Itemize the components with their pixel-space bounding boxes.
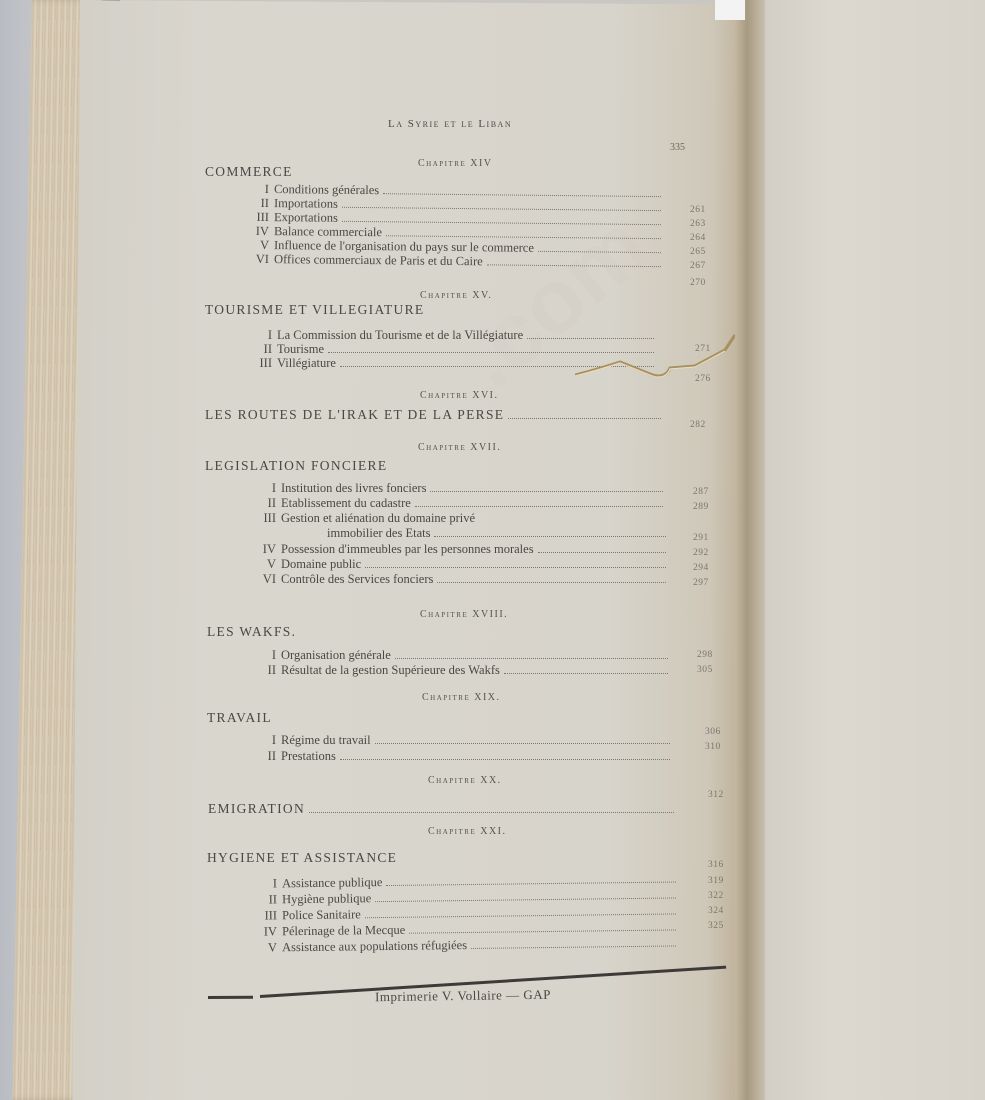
- entry-page: 263: [690, 219, 706, 229]
- entry-text: Possession d'immeubles par les personnes…: [281, 542, 534, 556]
- dot-leader: [365, 912, 676, 918]
- toc-entry: VI Contrôle des Services fonciers: [250, 572, 670, 586]
- entry-text: Villégiature: [277, 356, 336, 370]
- chapter-title: LEGISLATION FONCIERE: [205, 458, 387, 474]
- chapter-title: TRAVAIL: [207, 710, 272, 726]
- entry-number: VI: [250, 572, 276, 586]
- footer-rule-left: [208, 996, 253, 999]
- entry-page: 287: [693, 487, 709, 497]
- toc-entry: I Organisation générale: [262, 648, 672, 662]
- entry-text: Domaine public: [281, 557, 361, 571]
- entry-text: immobilier des Etats: [327, 526, 430, 540]
- entry-page: 282: [690, 420, 706, 430]
- entry-text: Conditions générales: [274, 182, 379, 197]
- toc-entry: II Etablissement du cadastre: [257, 496, 667, 510]
- entry-text: Offices commerciaux de Paris et du Caire: [274, 252, 483, 268]
- entry-number: IV: [245, 224, 269, 238]
- entry-page: 292: [693, 548, 709, 558]
- toc-entry: II Résultat de la gestion Supérieure des…: [257, 663, 672, 677]
- dot-leader: [386, 234, 661, 239]
- dot-leader: [471, 944, 676, 949]
- dot-leader: [375, 742, 670, 744]
- dot-leader: [434, 535, 666, 537]
- chapter-label: Chapitre XIV: [418, 158, 493, 169]
- chapter-title: COMMERCE: [205, 164, 293, 180]
- paper-tear-mark: [575, 330, 735, 390]
- dot-leader: [340, 758, 670, 760]
- entry-text: Organisation générale: [281, 648, 391, 662]
- dot-leader: [430, 490, 663, 492]
- dot-leader: [504, 672, 668, 674]
- entry-text: Assistance aux populations réfugiées: [282, 938, 467, 954]
- entry-page: 325: [708, 921, 724, 931]
- toc-entry: LES ROUTES DE L'IRAK ET DE LA PERSE: [205, 408, 665, 422]
- entry-number: III: [253, 908, 277, 922]
- dot-leader: [365, 566, 666, 568]
- toc-entry: V Assistance aux populations réfugiées: [258, 935, 680, 954]
- chapter-title: LES WAKFS.: [207, 624, 296, 640]
- entry-page: 265: [690, 247, 706, 257]
- entry-page: 264: [690, 233, 706, 243]
- entry-text: Exportations: [274, 210, 338, 225]
- dot-leader: [395, 657, 668, 659]
- entry-page: 289: [693, 502, 709, 512]
- chapter-title: TOURISME ET VILLEGIATURE: [205, 302, 424, 318]
- chapter-label: Chapitre XXI.: [428, 826, 507, 837]
- entry-page: 298: [697, 650, 713, 660]
- toc-entry: VI Offices commerciaux de Paris et du Ca…: [245, 252, 665, 270]
- chapter-title: LES ROUTES DE L'IRAK ET DE LA PERSE: [205, 408, 504, 422]
- page-number: 335: [670, 142, 685, 153]
- entry-text: Résultat de la gestion Supérieure des Wa…: [281, 663, 500, 677]
- toc-entry: EMIGRATION: [208, 802, 678, 816]
- entry-number: II: [257, 496, 276, 510]
- entry-number: I: [263, 876, 277, 890]
- entry-page: 297: [693, 578, 709, 588]
- entry-number: IV: [250, 542, 276, 556]
- entry-text: Assistance publique: [282, 875, 383, 890]
- chapter-title: EMIGRATION: [208, 802, 305, 816]
- running-head: La Syrie et le Liban: [388, 118, 512, 130]
- chapter-label: Chapitre XVI.: [420, 390, 499, 401]
- entry-number: V: [258, 940, 277, 954]
- entry-number: I: [262, 481, 276, 495]
- entry-number: I: [258, 328, 272, 342]
- entry-number: II: [258, 892, 277, 906]
- dot-leader: [437, 581, 666, 583]
- entry-number: III: [245, 210, 269, 224]
- entry-number: I: [262, 733, 276, 747]
- dot-leader: [487, 263, 661, 267]
- dot-leader: [375, 896, 676, 902]
- entry-text: La Commission du Tourisme et de la Villé…: [277, 328, 523, 342]
- toc-entry: I Institution des livres fonciers: [262, 481, 667, 495]
- printer-imprint: Imprimerie V. Vollaire — GAP: [375, 987, 551, 1005]
- toc-entry: II Prestations: [257, 749, 674, 763]
- entry-text: Gestion et aliénation du domaine privé: [281, 511, 475, 525]
- chapter-label: Chapitre XV.: [420, 290, 492, 301]
- entry-text: Tourisme: [277, 342, 324, 356]
- dot-leader: [415, 505, 663, 507]
- dot-leader: [538, 250, 661, 253]
- entry-number: II: [257, 663, 276, 677]
- entry-text: Hygiène publique: [282, 891, 371, 906]
- entry-number: I: [262, 648, 276, 662]
- dot-leader: [383, 192, 661, 197]
- entry-number: II: [257, 749, 276, 763]
- dot-leader: [538, 551, 666, 553]
- entry-text: Contrôle des Services fonciers: [281, 572, 433, 586]
- entry-page: 316: [708, 860, 724, 870]
- dot-leader: [409, 928, 676, 933]
- entry-page: 270: [690, 278, 706, 288]
- entry-number: II: [253, 342, 272, 356]
- dot-leader: [386, 881, 676, 887]
- entry-page: 312: [708, 790, 724, 800]
- entry-text: Prestations: [281, 749, 336, 763]
- entry-text: Importations: [274, 196, 338, 211]
- entry-page: 324: [708, 906, 724, 916]
- dot-leader: [309, 811, 674, 813]
- chapter-label: Chapitre XIX.: [422, 692, 501, 703]
- entry-number: I: [255, 182, 269, 196]
- entry-page: 305: [697, 665, 713, 675]
- toc-entry: V Domaine public: [256, 557, 670, 571]
- toc-entry: IV Possession d'immeubles par les person…: [250, 542, 670, 556]
- entry-number: II: [250, 196, 269, 210]
- chapter-label: Chapitre XVIII.: [420, 609, 508, 620]
- entry-page: 306: [705, 727, 721, 737]
- entry-text: Institution des livres fonciers: [281, 481, 426, 495]
- entry-page: 267: [690, 261, 706, 271]
- chapter-label: Chapitre XX.: [428, 775, 502, 786]
- entry-page: 310: [705, 742, 721, 752]
- entry-number: VI: [245, 252, 269, 266]
- entry-number: IV: [253, 924, 277, 938]
- entry-text: Etablissement du cadastre: [281, 496, 411, 510]
- chapter-label: Chapitre XVII.: [418, 442, 501, 453]
- entry-text: Balance commerciale: [274, 224, 382, 239]
- entry-page: 319: [708, 876, 724, 886]
- entry-page: 322: [708, 891, 724, 901]
- entry-page: 291: [693, 533, 709, 543]
- toc-entry: III Gestion et aliénation du domaine pri…: [250, 511, 670, 525]
- entry-text: Régime du travail: [281, 733, 371, 747]
- entry-number: V: [250, 238, 269, 252]
- chapter-title: HYGIENE ET ASSISTANCE: [207, 850, 397, 866]
- entry-text: Pélerinage de la Mecque: [282, 923, 405, 939]
- entry-number: III: [248, 356, 272, 370]
- dot-leader: [508, 417, 661, 419]
- toc-entry-continuation: immobilier des Etats: [327, 526, 670, 540]
- entry-page: 294: [693, 563, 709, 573]
- toc-entry: I Régime du travail: [262, 733, 674, 747]
- entry-text: Police Sanitaire: [282, 907, 361, 922]
- entry-number: V: [256, 557, 276, 571]
- entry-number: III: [250, 511, 276, 525]
- table-of-contents: .com La Syrie et le Liban 335 Chapitre X…: [0, 0, 985, 1100]
- entry-page: 261: [690, 205, 706, 215]
